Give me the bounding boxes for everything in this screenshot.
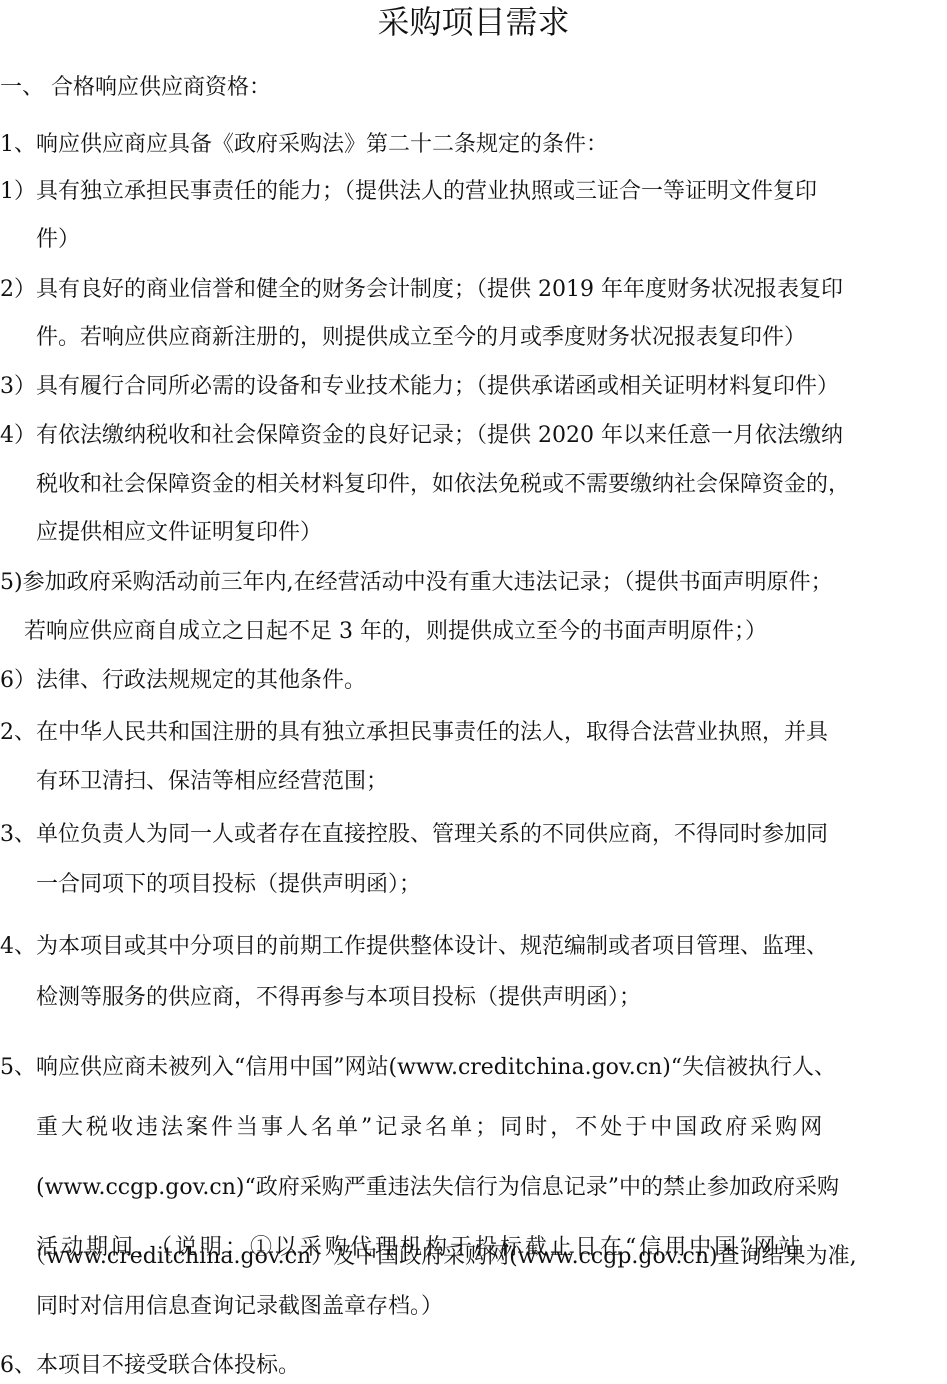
requirement-1-1: 1）具有独立承担民事责任的能力；（提供法人的营业执照或三证合一等证明文件复印 bbox=[0, 177, 817, 207]
requirement-1: 1、响应供应商应具备《政府采购法》第二十二条规定的条件： bbox=[0, 130, 608, 160]
requirement-5-cont2: (www.ccgp.gov.cn)“政府采购严重违法失信行为信息记录”中的禁止参… bbox=[36, 1173, 839, 1203]
requirement-1-5-cont: 若响应供应商自成立之日起不足 3 年的，则提供成立至今的书面声明原件；） bbox=[24, 617, 767, 647]
requirement-4: 4、为本项目或其中分项目的前期工作提供整体设计、规范编制或者项目管理、监理、 bbox=[0, 932, 828, 962]
requirement-1-2-cont: 件。若响应供应商新注册的，则提供成立至今的月或季度财务状况报表复印件） bbox=[36, 323, 806, 353]
section-heading: 一、 合格响应供应商资格： bbox=[0, 73, 271, 103]
requirement-1-4: 4）有依法缴纳税收和社会保障资金的良好记录；（提供 2020 年以来任意一月依法… bbox=[0, 421, 843, 451]
requirement-4-cont: 检测等服务的供应商，不得再参与本项目投标（提供声明函）； bbox=[36, 983, 641, 1013]
requirement-1-5: 5)参加政府采购活动前三年内,在经营活动中没有重大违法记录；（提供书面声明原件； bbox=[0, 568, 833, 598]
requirement-1-3: 3）具有履行合同所必需的设备和专业技术能力；（提供承诺函或相关证明材料复印件） bbox=[0, 372, 839, 402]
requirement-1-6: 6）法律、行政法规规定的其他条件。 bbox=[0, 666, 366, 696]
requirement-2-cont: 有环卫清扫、保洁等相应经营范围； bbox=[36, 767, 388, 797]
requirement-2: 2、在中华人民共和国注册的具有独立承担民事责任的法人，取得合法营业执照，并具 bbox=[0, 718, 828, 748]
requirement-3: 3、单位负责人为同一人或者存在直接控股、管理关系的不同供应商，不得同时参加同 bbox=[0, 820, 828, 850]
requirement-5-cont: 重大税收违法案件当事人名单”记录名单；同时，不处于中国政府采购网 bbox=[36, 1113, 825, 1143]
page-title: 采购项目需求 bbox=[0, 2, 947, 42]
requirement-1-2: 2）具有良好的商业信誉和健全的财务会计制度；（提供 2019 年年度财务状况报表… bbox=[0, 275, 843, 305]
requirement-5: 5、响应供应商未被列入“信用中国”网站(www.creditchina.gov.… bbox=[0, 1053, 836, 1083]
requirement-3-cont: 一合同项下的项目投标（提供声明函）； bbox=[36, 870, 421, 900]
requirement-1-4-cont: 税收和社会保障资金的相关材料复印件，如依法免税或不需要缴纳社会保障资金的， bbox=[36, 470, 850, 500]
requirement-5-cont4: （www.creditchina.gov.cn）及中国政府采购网(www.ccg… bbox=[24, 1242, 857, 1272]
requirement-1-1-cont: 件） bbox=[36, 225, 80, 255]
requirement-6: 6、本项目不接受联合体投标。 bbox=[0, 1351, 300, 1381]
requirement-1-4-cont2: 应提供相应文件证明复印件） bbox=[36, 518, 322, 548]
requirement-5-cont5: 同时对信用信息查询记录截图盖章存档。） bbox=[36, 1292, 443, 1322]
